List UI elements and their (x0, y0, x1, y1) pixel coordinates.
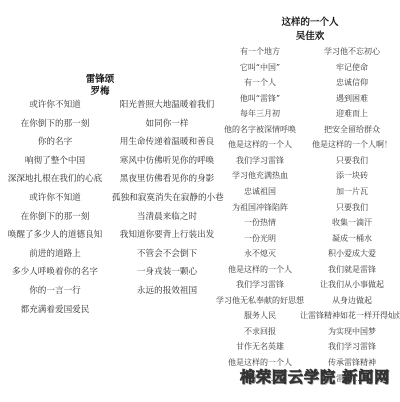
poem-line: 多少人呼唤着你的名字 (0, 265, 110, 277)
poem-line: 凝成一桶水 (300, 233, 400, 244)
poem-line: 或许你不知道 (0, 98, 110, 110)
poem-line: 用生命传递着温暖和善良 (112, 135, 222, 147)
poem-line: 添一块砖 (300, 170, 400, 181)
poem-line: 学习他无私奉献的好思想 (208, 295, 312, 306)
poem-line: 永不熄灭 (208, 248, 312, 259)
poem-line: 加一片瓦 (300, 186, 400, 197)
poem-line: 一身戎装一颗心 (112, 265, 222, 277)
poem-line: 每年三月初 (208, 108, 312, 119)
poem-line: 一份热情 (208, 217, 312, 228)
poem-line: 为实现中国梦 (300, 326, 400, 337)
poem-line: 学习他充满热血 (208, 170, 312, 181)
poem-line: 我们学习雷锋 (208, 279, 312, 290)
poem-line: 响彻了整个中国 (0, 154, 110, 166)
poem-such-a-person: 这样的一个人 吴佳欢 有一个地方它叫“中国”有一个人他叫“雷锋”每年三月初他的名… (220, 0, 400, 402)
poem-line: 在你倒下的那一刻 (0, 210, 110, 222)
poem-line: 让我们从小事做起 (300, 279, 400, 290)
poem-line: 孤独和寂寞消失在寂静的小巷 (112, 191, 222, 203)
poem-line: 有一个地方 (208, 46, 312, 57)
poem-line: 忠诚信仰 (300, 77, 400, 88)
poem-line: 牢记使命 (300, 62, 400, 73)
poem-line: 积小爱成大爱 (300, 248, 400, 259)
poem-line: 一份光明 (208, 233, 312, 244)
poem-line: 为祖国冲锋陷阵 (208, 202, 312, 213)
poem-line: 黑夜里仿佛看见你的身影 (112, 172, 222, 184)
poem-line: 他是这样的一个人 (208, 139, 312, 150)
site-watermark: 棉荣园云学院 新闻网 (240, 366, 390, 387)
poem-line: 如同你一样 (112, 117, 222, 129)
poem-line: 他是这样的一个人 (208, 264, 312, 275)
poem-author: 罗梅 (60, 83, 140, 97)
poem-title: 这样的一个人 (260, 14, 360, 28)
poem-line: 寒风中仿佛听见你的呼唤 (112, 154, 222, 166)
poem-line: 忠诚祖国 (208, 186, 312, 197)
poem-line: 收集一滴汗 (300, 217, 400, 228)
poem-line: 甘作无名英雄 (208, 341, 312, 352)
poem-line: 阳光普照大地温暖着我们 (112, 98, 222, 110)
poem-line: 深深地扎根在我们的心底 (0, 172, 110, 184)
poem-line: 不求回报 (208, 326, 312, 337)
poem-line: 只要我们 (300, 202, 400, 213)
poem-line: 我知道你要背上行装出发 (112, 228, 222, 240)
poem-line: 唤醒了多少人的道德良知 (0, 228, 110, 240)
poem-line: 服务人民 (208, 310, 312, 321)
poem-line: 当清晨来临之时 (112, 210, 222, 222)
poem-line: 学习他不忘初心 (300, 46, 400, 57)
poem-line: 迎难而上 (300, 108, 400, 119)
poem-line: 永远的报效祖国 (112, 284, 222, 296)
poem-line: 我们学习雷锋 (300, 341, 400, 352)
poem-line: 前进的道路上 (0, 247, 110, 259)
poem-line: 在你倒下的那一刻 (0, 117, 110, 129)
poem-line: 他是这样的一个人啊！ (300, 139, 400, 150)
poem-line: 遇到困难 (300, 93, 400, 104)
poem-line: 不管会不会倒下 (112, 247, 222, 259)
poem-line: 或许你不知道 (0, 191, 110, 203)
poem-line: 有一个人 (208, 77, 312, 88)
poem-line: 它叫“中国” (208, 62, 312, 73)
poem-line: 他的名字被深情呼唤 (208, 124, 312, 135)
poem-line: 他叫“雷锋” (208, 93, 312, 104)
poem-line: 我们就是雷锋 (300, 264, 400, 275)
poem-lei-feng-song: 雷锋颂 罗梅 或许你不知道在你倒下的那一刻你的名字响彻了整个中国深深地扎根在我们… (0, 0, 230, 402)
poem-line: 让雷锋精神如花一样开得灿烂 (300, 310, 400, 321)
poem-line: 把安全留给群众 (300, 124, 400, 135)
poem-line: 只要我们 (300, 155, 400, 166)
poem-line: 我们学习雷锋 (208, 155, 312, 166)
poem-line: 你的名字 (0, 135, 110, 147)
poem-line: 从身边做起 (300, 295, 400, 306)
poem-line: 都充满着爱国爱民 (0, 303, 110, 315)
poem-line: 你的一言一行 (0, 284, 110, 296)
poem-author: 吴佳欢 (260, 28, 360, 42)
